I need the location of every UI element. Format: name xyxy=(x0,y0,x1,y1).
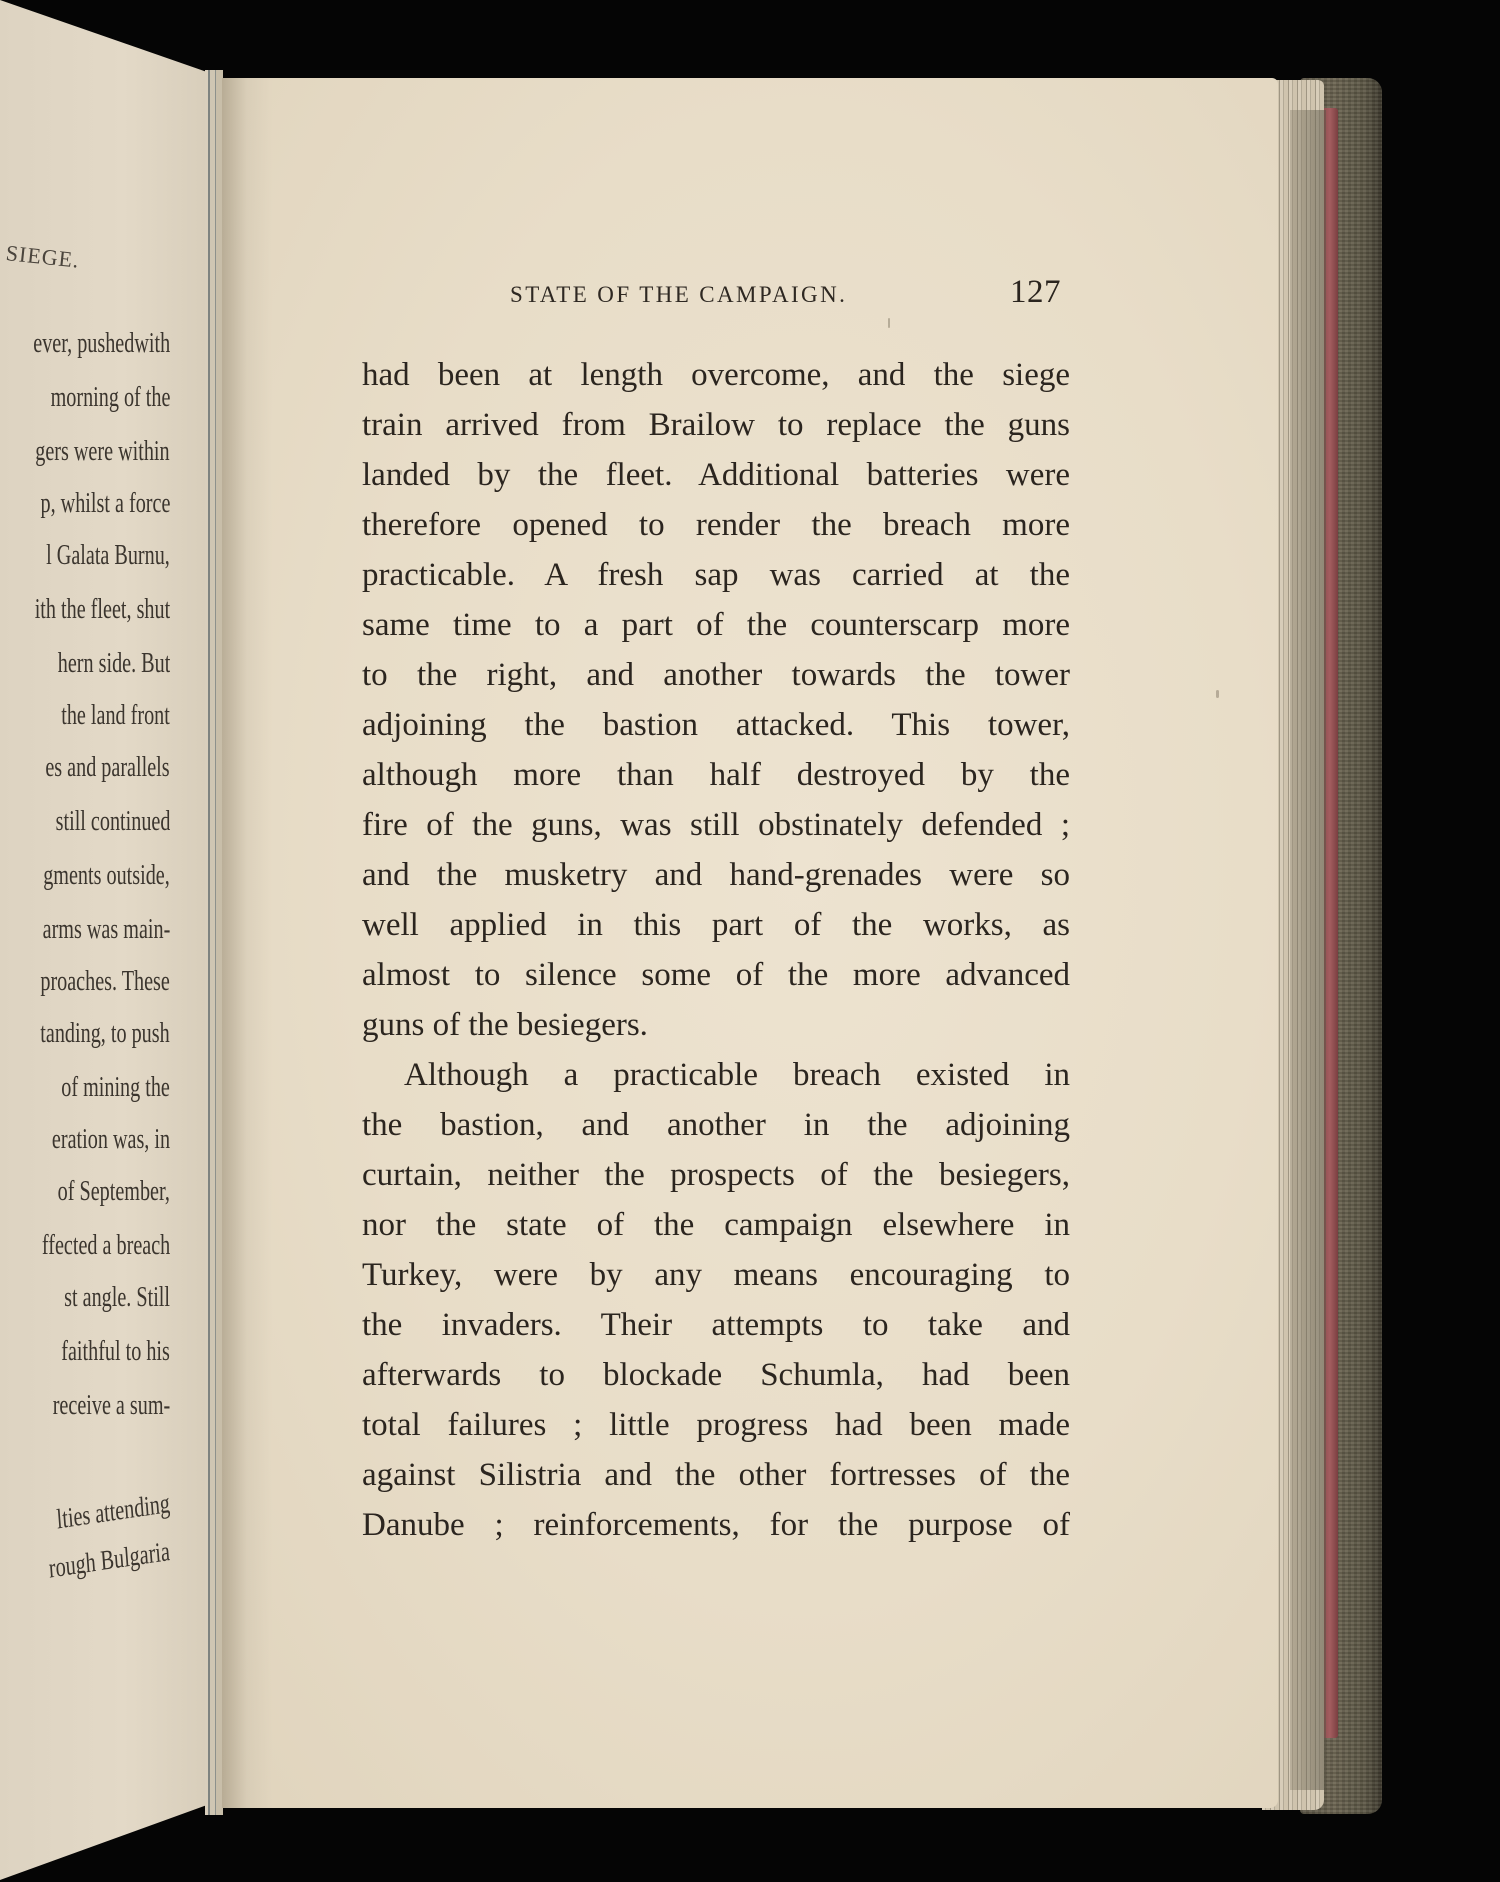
left-line: receive a sum- xyxy=(52,1390,170,1422)
left-line: l Galata Burnu, xyxy=(46,540,170,572)
text-line: total failures ; little progress had bee… xyxy=(362,1400,1070,1450)
left-line: of September, xyxy=(58,1176,170,1208)
left-line: eration was, in xyxy=(52,1124,170,1156)
text-line: to the right, and another towards the to… xyxy=(362,650,1070,700)
paper-speck xyxy=(1216,690,1219,698)
left-line: of mining the xyxy=(61,1072,170,1104)
running-head: STATE OF THE CAMPAIGN. xyxy=(510,282,930,308)
page-number: 127 xyxy=(1010,274,1061,311)
left-line: ith the fleet, shut xyxy=(35,594,170,626)
book-photograph: SIEGE. ever, pushedwith morning of the g… xyxy=(0,0,1500,1882)
text-line: train arrived from Brailow to replace th… xyxy=(362,400,1070,450)
paper-speck xyxy=(888,318,890,328)
left-page-text: SIEGE. ever, pushedwith morning of the g… xyxy=(0,0,170,1882)
left-line: arms was main- xyxy=(42,914,170,946)
text-line: landed by the fleet. Additional batterie… xyxy=(362,450,1070,500)
text-line: against Silistria and the other fortress… xyxy=(362,1450,1070,1500)
text-line: the bastion, and another in the adjoinin… xyxy=(362,1100,1070,1150)
text-line: fire of the guns, was still obstinately … xyxy=(362,800,1070,850)
text-line: although more than half destroyed by the xyxy=(362,750,1070,800)
paragraph-start-line: Although a practicable breach existed in xyxy=(362,1050,1070,1100)
text-line: had been at length overcome, and the sie… xyxy=(362,350,1070,400)
gutter-shadow xyxy=(222,78,272,1808)
text-line: Danube ; reinforcements, for the purpose… xyxy=(362,1500,1070,1550)
text-line: Turkey, were by any means encouraging to xyxy=(362,1250,1070,1300)
left-line: p, whilst a force xyxy=(40,488,170,520)
text-line: the invaders. Their attempts to take and xyxy=(362,1300,1070,1350)
left-running-head: SIEGE. xyxy=(5,240,81,274)
text-line: afterwards to blockade Schumla, had been xyxy=(362,1350,1070,1400)
left-line: the land front xyxy=(61,700,170,732)
left-line: es and parallels xyxy=(46,752,170,784)
left-line: ffected a breach xyxy=(42,1230,170,1262)
text-line: well applied in this part of the works, … xyxy=(362,900,1070,950)
left-line: morning of the xyxy=(50,382,170,414)
left-line: rough Bulgaria xyxy=(48,1536,170,1585)
text-line: practicable. A fresh sap was carried at … xyxy=(362,550,1070,600)
text-line: same time to a part of the counterscarp … xyxy=(362,600,1070,650)
text-line: nor the state of the campaign elsewhere … xyxy=(362,1200,1070,1250)
left-line: st angle. Still xyxy=(64,1282,170,1314)
text-line: curtain, neither the prospects of the be… xyxy=(362,1150,1070,1200)
left-line: hern side. But xyxy=(57,648,170,680)
text-line: therefore opened to render the breach mo… xyxy=(362,500,1070,550)
left-line: ever, pushedwith xyxy=(33,328,170,360)
left-line: lties attending xyxy=(56,1488,170,1536)
left-line: tanding, to push xyxy=(41,1018,170,1050)
fore-edge-shadow xyxy=(1290,110,1326,1790)
text-line: adjoining the bastion attacked. This tow… xyxy=(362,700,1070,750)
text-line: guns of the besiegers. xyxy=(362,1000,1070,1050)
left-line: faithful to his xyxy=(61,1336,170,1368)
text-line: almost to silence some of the more advan… xyxy=(362,950,1070,1000)
text-line: and the musketry and hand-grenades were … xyxy=(362,850,1070,900)
book-gutter xyxy=(205,70,223,1815)
left-line: proaches. These xyxy=(41,966,170,998)
body-text: had been at length overcome, and the sie… xyxy=(362,350,1070,1550)
left-page: SIEGE. ever, pushedwith morning of the g… xyxy=(0,0,207,1882)
left-line: gers were within xyxy=(36,436,170,468)
left-line: gments outside, xyxy=(43,860,170,892)
left-line: still continued xyxy=(55,806,170,838)
